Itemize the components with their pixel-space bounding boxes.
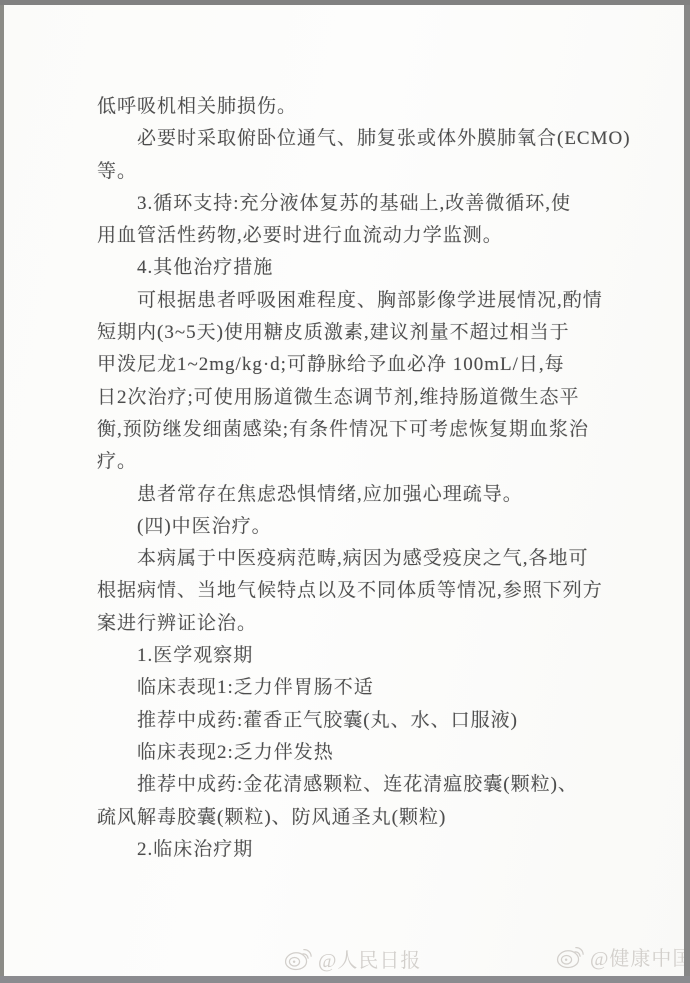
text-line: 案进行辨证论治。	[97, 608, 677, 640]
text-line: 根据病情、当地气候特点以及不同体质等情况,参照下列方	[97, 575, 677, 607]
text-line: 可根据患者呼吸困难程度、胸部影像学进展情况,酌情	[97, 285, 677, 317]
weibo-icon	[556, 944, 584, 970]
text-line: 推荐中成药:藿香正气胶囊(丸、水、口服液)	[97, 705, 677, 737]
text-line: 3.循环支持:充分液体复苏的基础上,改善微循环,使	[97, 188, 677, 220]
weibo-icon	[284, 946, 312, 972]
document-page: 低呼吸机相关肺损伤。必要时采取俯卧位通气、肺复张或体外膜肺氧合(ECMO)等。3…	[0, 0, 690, 983]
text-line: 等。	[97, 156, 677, 188]
text-line: 1.医学观察期	[97, 640, 677, 672]
text-line: (四)中医治疗。	[97, 511, 677, 543]
text-line: 2.临床治疗期	[97, 834, 677, 866]
watermark-healthy-china: @健康中国	[556, 942, 690, 971]
text-line: 低呼吸机相关肺损伤。	[97, 91, 677, 123]
screenshot-root: 低呼吸机相关肺损伤。必要时采取俯卧位通气、肺复张或体外膜肺氧合(ECMO)等。3…	[0, 0, 690, 983]
text-line: 日2次治疗;可使用肠道微生态调节剂,维持肠道微生态平	[97, 382, 677, 414]
photo-border-top	[0, 0, 690, 5]
text-line: 必要时采取俯卧位通气、肺复张或体外膜肺氧合(ECMO)	[97, 123, 677, 155]
watermark-handle: @人民日报	[318, 944, 421, 973]
document-text-block: 低呼吸机相关肺损伤。必要时采取俯卧位通气、肺复张或体外膜肺氧合(ECMO)等。3…	[97, 91, 677, 866]
text-line: 疗。	[97, 446, 677, 478]
text-line: 疏风解毒胶囊(颗粒)、防风通圣丸(颗粒)	[97, 802, 677, 834]
text-line: 甲泼尼龙1~2mg/kg·d;可静脉给予血必净 100mL/日,每	[97, 349, 677, 381]
text-line: 短期内(3~5天)使用糖皮质激素,建议剂量不超过相当于	[97, 317, 677, 349]
text-line: 患者常存在焦虑恐惧情绪,应加强心理疏导。	[97, 479, 677, 511]
watermark-people-daily: @人民日报	[284, 944, 421, 973]
text-line: 临床表现1:乏力伴胃肠不适	[97, 672, 677, 704]
photo-border-left	[0, 0, 4, 983]
text-line: 4.其他治疗措施	[97, 252, 677, 284]
text-line: 衡,预防继发细菌感染;有条件情况下可考虑恢复期血浆治	[97, 414, 677, 446]
text-line: 用血管活性药物,必要时进行血流动力学监测。	[97, 220, 677, 252]
text-line: 推荐中成药:金花清感颗粒、连花清瘟胶囊(颗粒)、	[97, 769, 677, 801]
watermark-handle: @健康中国	[590, 942, 690, 971]
photo-border-bottom	[0, 976, 690, 983]
text-line: 本病属于中医疫病范畴,病因为感受疫戾之气,各地可	[97, 543, 677, 575]
photo-border-right	[684, 0, 690, 983]
text-line: 临床表现2:乏力伴发热	[97, 737, 677, 769]
